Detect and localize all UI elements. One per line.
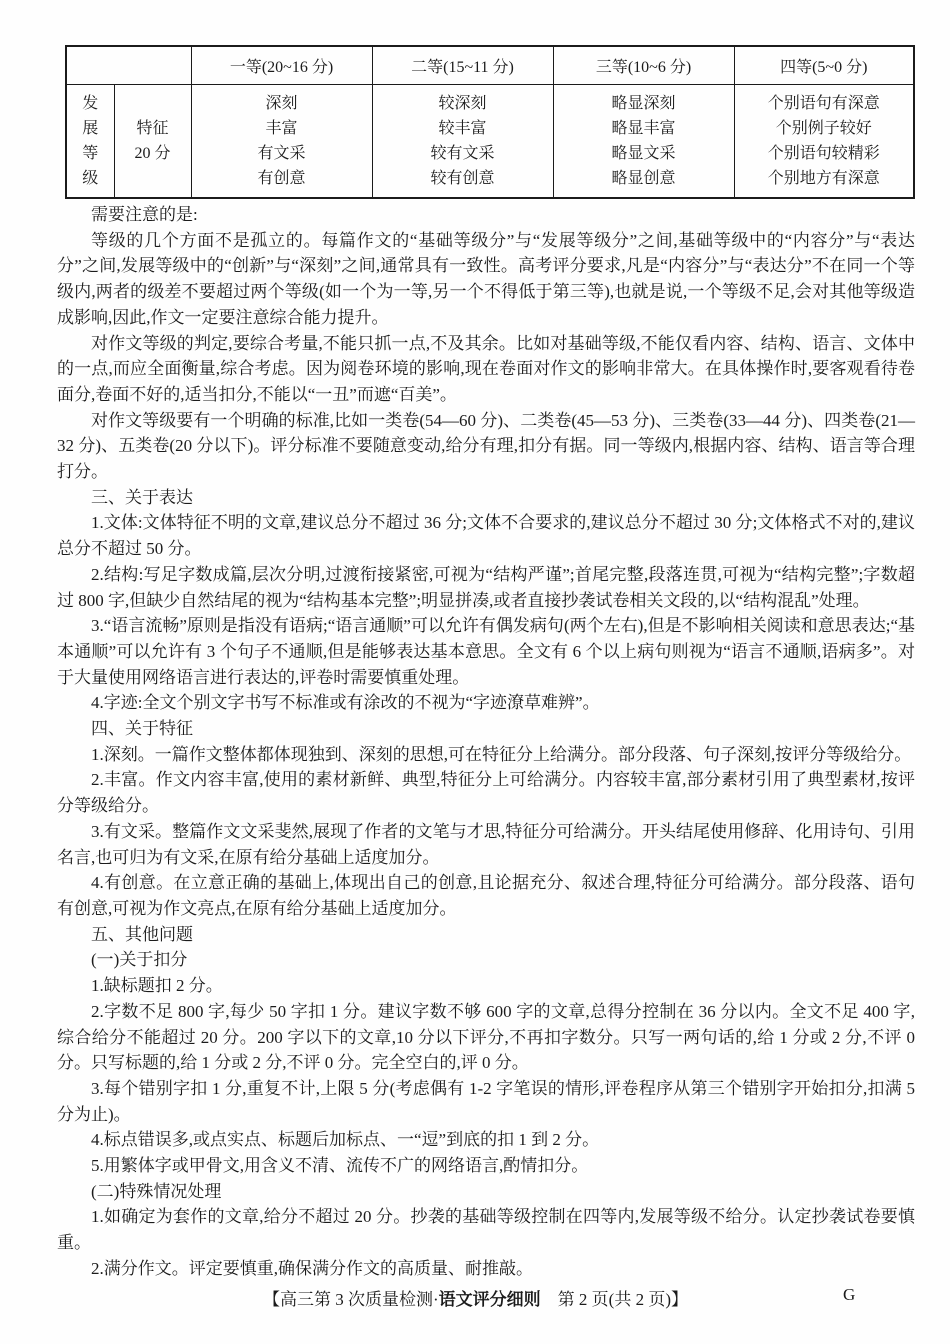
paragraph-profound: 1.深刻。一篇作文整体都体现独到、深刻的思想,可在特征分上给满分。部分段落、句子…: [57, 742, 915, 768]
paragraph-punctuation: 4.标点错误多,或点实点、标题后加标点、一“逗”到底的扣 1 到 2 分。: [57, 1127, 915, 1153]
document-page: 一等(20~16 分) 二等(15~11 分) 三等(10~6 分) 四等(5~…: [0, 0, 950, 1344]
grade2-criteria-cell: 较深刻 较丰富 较有文采 较有创意: [372, 84, 553, 198]
paragraph-grade-judgement: 对作文等级的判定,要综合考量,不能只抓一点,不及其余。比如对基础等级,不能仅看内…: [57, 331, 915, 408]
rubric-body-text: 需要注意的是: 等级的几个方面不是孤立的。每篇作文的“基础等级分”与“发展等级分…: [57, 202, 915, 1282]
paragraph-traditional-chars: 5.用繁体字或甲骨文,用含义不清、流传不广的网络语言,酌情扣分。: [57, 1153, 915, 1179]
table-body-row: 发 展 等 级 特征 20 分 深刻 丰富 有文采 有创意 较深刻 较丰富 较有…: [66, 84, 914, 198]
table-header-row: 一等(20~16 分) 二等(15~11 分) 三等(10~6 分) 四等(5~…: [66, 46, 914, 84]
paragraph-grade-standard: 对作文等级要有一个明确的标准,比如一类卷(54—60 分)、二类卷(45—53 …: [57, 408, 915, 485]
table-header-grade4: 四等(5~0 分): [734, 46, 914, 84]
subsection-deduction: (一)关于扣分: [57, 947, 915, 973]
paragraph-structure: 2.结构:写足字数成篇,层次分明,过渡衔接紧密,可视为“结构严谨”;首尾完整,段…: [57, 562, 915, 613]
row-label-development-level: 发 展 等 级: [66, 84, 114, 198]
paragraph-creativity: 4.有创意。在立意正确的基础上,体现出自己的创意,且论据充分、叙述合理,特征分可…: [57, 870, 915, 921]
grade1-criteria-cell: 深刻 丰富 有文采 有创意: [191, 84, 372, 198]
paragraph-literary-talent: 3.有文采。整篇作文文采斐然,展现了作者的文笔与才思,特征分可给满分。开头结尾使…: [57, 819, 915, 870]
paragraph-language: 3.“语言流畅”原则是指没有语病;“语言通顺”可以允许有偶发病句(两个左右),但…: [57, 613, 915, 690]
paragraph-plagiarism: 1.如确定为套作的文章,给分不超过 20 分。抄袭的基础等级控制在四等内,发展等…: [57, 1204, 915, 1255]
paragraph-style: 1.文体:文体特征不明的文章,建议总分不超过 36 分;文体不合要求的,建议总分…: [57, 510, 915, 561]
paragraph-full-marks: 2.满分作文。评定要慎重,确保满分作文的高质量、耐推敲。: [57, 1256, 915, 1282]
footer-exam-title: 【高三第 3 次质量检测·: [263, 1290, 439, 1309]
table-header-empty-cell: [66, 46, 191, 84]
paragraph-rich: 2.丰富。作文内容丰富,使用的素材新鲜、典型,特征分上可给满分。内容较丰富,部分…: [57, 767, 915, 818]
footer-document-title: 语文评分细则: [439, 1290, 541, 1309]
grade4-criteria-cell: 个别语句有深意 个别例子较好 个别语句较精彩 个别地方有深意: [734, 84, 914, 198]
page-footer: 【高三第 3 次质量检测·语文评分细则 第 2 页(共 2 页)】: [263, 1285, 688, 1310]
paragraph-typos: 3.每个错别字扣 1 分,重复不计,上限 5 分(考虑偶有 1-2 字笔误的情形…: [57, 1076, 915, 1127]
row-label-feature-score: 特征 20 分: [114, 84, 191, 198]
footer-page-number: 第 2 页(共 2 页)】: [541, 1290, 688, 1309]
table-header-grade2: 二等(15~11 分): [372, 46, 553, 84]
paragraph-missing-title: 1.缺标题扣 2 分。: [57, 973, 915, 999]
section-heading-other: 五、其他问题: [57, 922, 915, 948]
paragraph-handwriting: 4.字迹:全文个别文字书写不标准或有涂改的不视为“字迹潦草难辨”。: [57, 690, 915, 716]
table-header-grade3: 三等(10~6 分): [553, 46, 734, 84]
section-heading-features: 四、关于特征: [57, 716, 915, 742]
subsection-special-cases: (二)特殊情况处理: [57, 1179, 915, 1205]
section-heading-expression: 三、关于表达: [57, 485, 915, 511]
paragraph-note-intro: 需要注意的是:: [57, 202, 915, 228]
table-header-grade1: 一等(20~16 分): [191, 46, 372, 84]
grade3-criteria-cell: 略显深刻 略显丰富 略显文采 略显创意: [553, 84, 734, 198]
paragraph-word-count: 2.字数不足 800 字,每少 50 字扣 1 分。建议字数不够 600 字的文…: [57, 999, 915, 1076]
footer-corner-letter: G: [843, 1285, 855, 1305]
paragraph-consistency: 等级的几个方面不是孤立的。每篇作文的“基础等级分”与“发展等级分”之间,基础等级…: [57, 228, 915, 331]
development-grade-table: 一等(20~16 分) 二等(15~11 分) 三等(10~6 分) 四等(5~…: [65, 45, 915, 199]
